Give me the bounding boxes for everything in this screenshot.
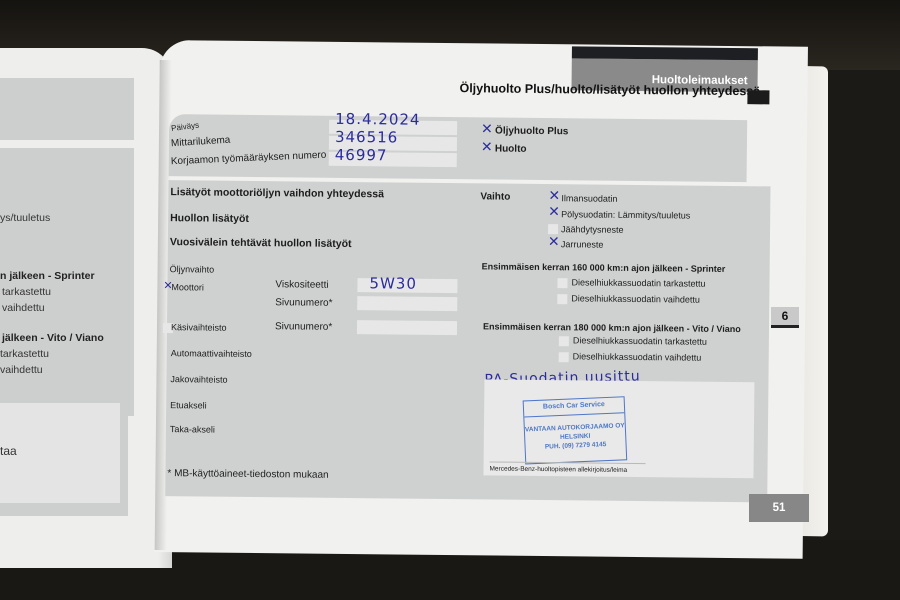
page-number: 51 xyxy=(749,494,809,522)
service-label: Huolto xyxy=(495,144,527,155)
signature-area: Bosch Car Service VANTAAN AUTOKORJAAMO O… xyxy=(483,379,754,478)
signature-label: Mercedes-Benz-huoltopisteen allekirjoitu… xyxy=(489,465,627,473)
manual-gearbox-label: Käsivaihteisto xyxy=(171,322,227,333)
vito-title: Ensimmäisen kerran 180 000 km:n ajon jäl… xyxy=(483,321,741,334)
page-heading: Öljyhuolto Plus/huolto/lisätyöt huollon … xyxy=(459,81,760,98)
date-value: 18.4.2024 xyxy=(335,110,421,129)
transfer-case-label: Jakovaihteisto xyxy=(170,374,227,385)
left-fragment: tarkastettu xyxy=(0,348,49,360)
replace-label: Vaihto xyxy=(480,191,510,202)
front-axle-label: Etuakseli xyxy=(170,400,207,410)
engine-label: Moottori xyxy=(171,282,204,292)
coolant-label: Jäähdytysneste xyxy=(561,224,624,235)
brake-fluid-check-icon[interactable]: ✕ xyxy=(548,236,560,248)
section-title: Vuosivälein tehtävät huollon lisätyöt xyxy=(170,236,352,250)
section-title: Huollon lisätyöt xyxy=(170,212,249,225)
sprinter-replaced-label: Dieselhiukkassuodatin vaihdettu xyxy=(571,293,700,304)
chapter-tab: 6 xyxy=(771,307,799,328)
work-order-label: Korjaamon työmääräyksen numero xyxy=(171,150,327,168)
right-page: Huoltoleimaukset Öljyhuolto Plus/huolto/… xyxy=(155,40,808,559)
signature-line xyxy=(490,461,646,464)
air-filter-label: Ilmansuodatin xyxy=(561,193,617,204)
brake-fluid-label: Jarruneste xyxy=(561,239,604,249)
footnote: * MB-käyttöaineet-tiedoston mukaan xyxy=(167,468,328,481)
workshop-stamp: Bosch Car Service VANTAAN AUTOKORJAAMO O… xyxy=(523,396,628,464)
sprinter-inspected-checkbox[interactable] xyxy=(557,278,567,288)
manual-page-number-label: Sivunumero* xyxy=(275,321,332,333)
air-filter-check-icon[interactable]: ✕ xyxy=(548,190,560,202)
left-fragment: ys/tuuletus xyxy=(0,212,50,224)
cabin-filter-label: Pölysuodatin: Lämmitys/tuuletus xyxy=(561,209,690,220)
left-fragment: n jälkeen - Sprinter xyxy=(0,270,95,282)
left-page: ys/tuuletus n jälkeen - Sprinter tarkast… xyxy=(0,48,172,568)
page-number-field[interactable] xyxy=(357,296,457,311)
section-title: Lisätyöt moottoriöljyn vaihdon yhteydess… xyxy=(170,186,384,200)
left-panel-bottom xyxy=(0,378,128,516)
sprinter-title: Ensimmäisen kerran 160 000 km:n ajon jäl… xyxy=(482,261,726,274)
header-fields-panel: Päiväys Mittarilukema Korjaamon työmäärä… xyxy=(169,114,748,182)
left-signature-area xyxy=(0,403,120,503)
coolant-checkbox[interactable] xyxy=(548,224,558,234)
left-fragment: vaihdettu xyxy=(2,302,45,314)
manual-page-number-field[interactable] xyxy=(357,320,457,335)
page-number-label: Sivunumero* xyxy=(275,297,332,309)
heading-bar xyxy=(747,90,769,104)
viscosity-value: 5W30 xyxy=(369,274,417,292)
vito-inspected-checkbox[interactable] xyxy=(559,336,569,346)
oil-service-plus-label: Öljyhuolto Plus xyxy=(495,126,568,138)
odometer-label: Mittarilukema xyxy=(171,135,231,150)
vito-inspected-label: Dieselhiukkassuodatin tarkastettu xyxy=(573,335,707,346)
vito-replaced-label: Dieselhiukkassuodatin vaihdettu xyxy=(573,351,702,362)
left-fragment: tarkastettu xyxy=(2,286,51,298)
left-fragment: jälkeen - Vito / Viano xyxy=(2,332,104,344)
rear-axle-label: Taka-akseli xyxy=(170,424,215,434)
automatic-gearbox-label: Automaattivaihteisto xyxy=(171,348,252,359)
cabin-filter-check-icon[interactable]: ✕ xyxy=(548,206,560,218)
viscosity-label: Viskositeetti xyxy=(275,279,328,291)
vito-replaced-checkbox[interactable] xyxy=(559,352,569,362)
left-fragment: vaihdettu xyxy=(0,364,43,376)
tab-dark-bar xyxy=(572,46,758,60)
sprinter-inspected-label: Dieselhiukkassuodatin tarkastettu xyxy=(571,277,705,288)
left-panel-top xyxy=(0,78,134,140)
date-label: Päiväys xyxy=(171,121,200,134)
work-order-value: 46997 xyxy=(335,146,388,165)
odometer-value: 346516 xyxy=(335,128,398,147)
oil-change-label: Öljynvaihto xyxy=(170,264,215,274)
oil-service-plus-check-icon[interactable]: ✕ xyxy=(481,123,493,135)
service-check-icon[interactable]: ✕ xyxy=(481,141,493,153)
sprinter-replaced-checkbox[interactable] xyxy=(557,294,567,304)
left-fragment: taa xyxy=(0,444,17,458)
